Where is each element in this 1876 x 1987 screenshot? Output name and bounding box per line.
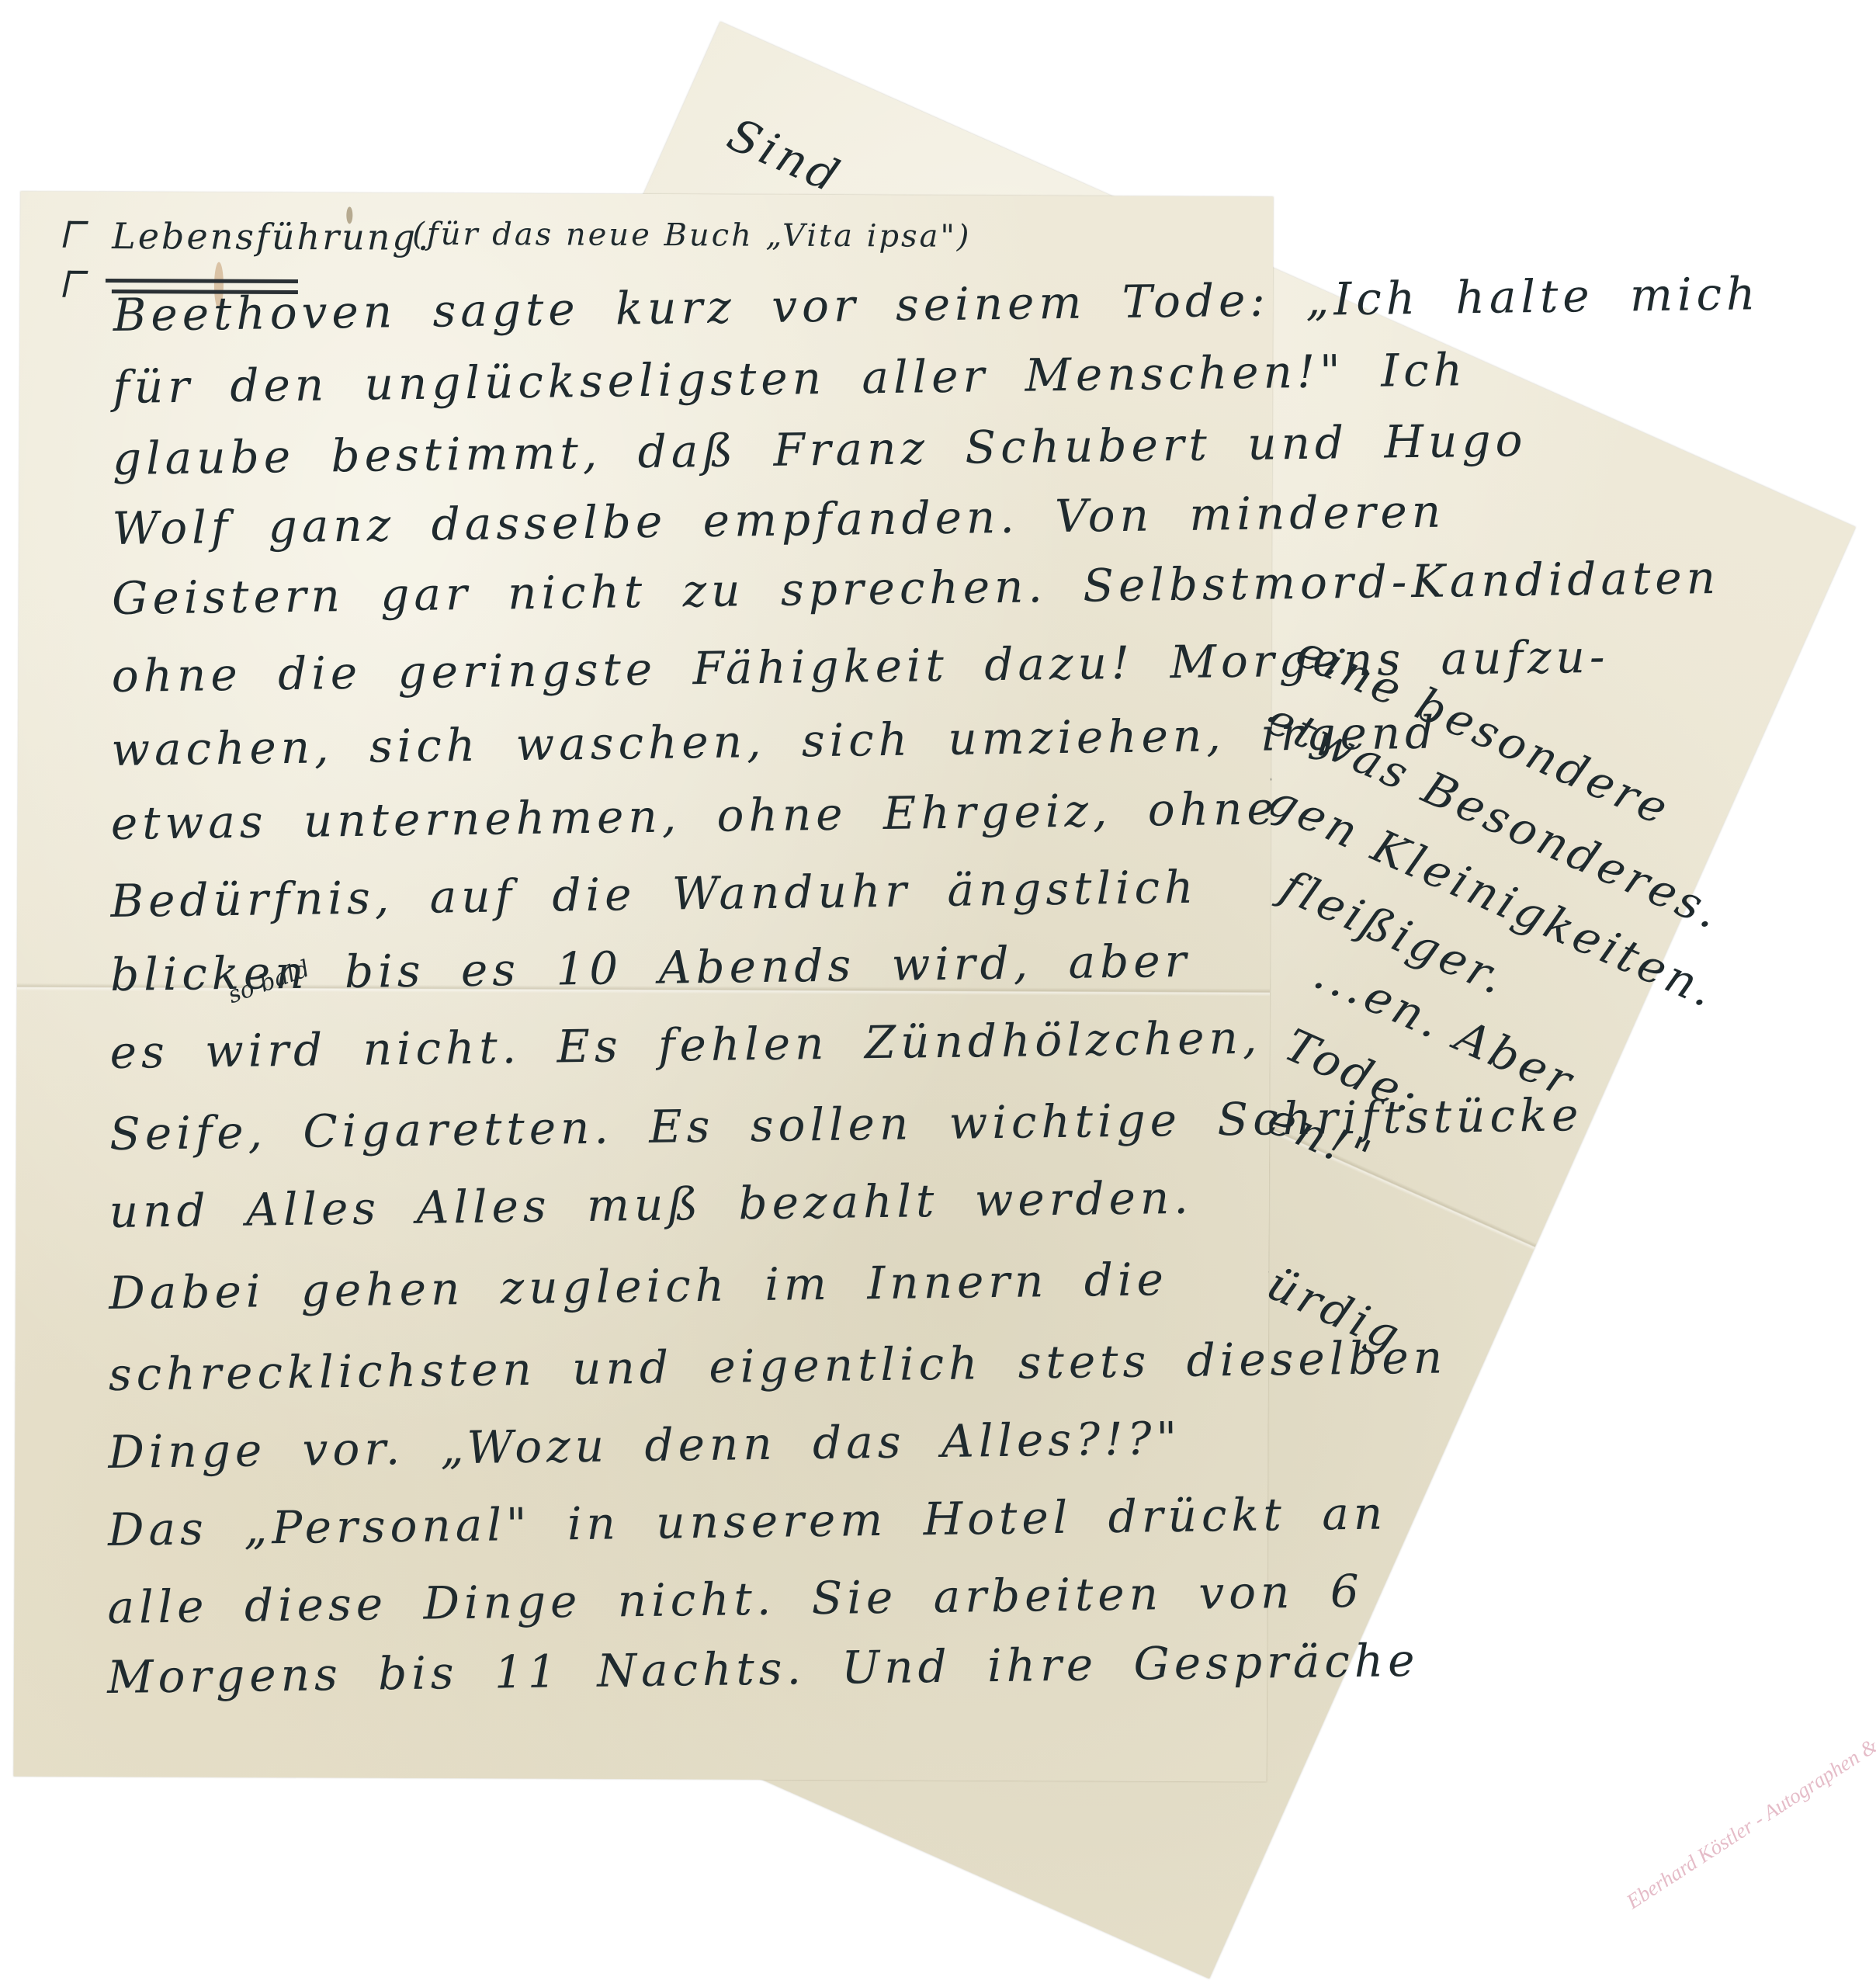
title-underline xyxy=(106,279,298,283)
manuscript-line: Bedürfnis, auf die Wanduhr ängstlich xyxy=(110,861,1198,928)
back-fragment: Sind xyxy=(720,108,850,204)
manuscript-line: schrecklichsten und eigentlich stets die… xyxy=(108,1330,1447,1401)
manuscript-line: für den unglückseligsten aller Menschen!… xyxy=(113,343,1468,414)
manuscript-line: etwas unternehmen, ohne Ehrgeiz, ohne xyxy=(110,782,1278,850)
manuscript-line: Dabei gehen zugleich im Innern die xyxy=(109,1253,1168,1319)
margin-bracket-mark xyxy=(63,221,88,248)
title-note: (für das neue Buch „Vita ipsa") xyxy=(412,217,971,255)
manuscript-line: Morgens bis 11 Nachts. Und ihre Gespräch… xyxy=(107,1634,1420,1704)
front-manuscript-page: Lebensführung. (für das neue Buch „Vita … xyxy=(14,191,1274,1781)
manuscript-line: alle diese Dinge nicht. Sie arbeiten von… xyxy=(107,1565,1364,1634)
dealer-watermark: Eberhard Köstler - Autographen & Bücher xyxy=(1622,1697,1876,1914)
margin-bracket-mark xyxy=(62,271,88,297)
manuscript-line: Beethoven sagte kurz vor seinem Tode: „I… xyxy=(113,267,1760,342)
manuscript-line: Dinge vor. „Wozu denn das Alles?!?" xyxy=(108,1412,1182,1479)
manuscript-title: Lebensführung. xyxy=(112,215,431,258)
manuscript-line: Das „Personal" in unserem Hotel drückt a… xyxy=(107,1486,1387,1556)
manuscript-line: Wolf ganz dasselbe empfanden. Von minder… xyxy=(112,485,1445,555)
manuscript-line: wachen, sich waschen, sich umziehen, irg… xyxy=(111,706,1439,776)
manuscript-line: und Alles Alles muß bezahlt werden. xyxy=(109,1171,1193,1238)
manuscript-line: es wird nicht. Es fehlen Zündhölzchen, xyxy=(109,1011,1262,1079)
